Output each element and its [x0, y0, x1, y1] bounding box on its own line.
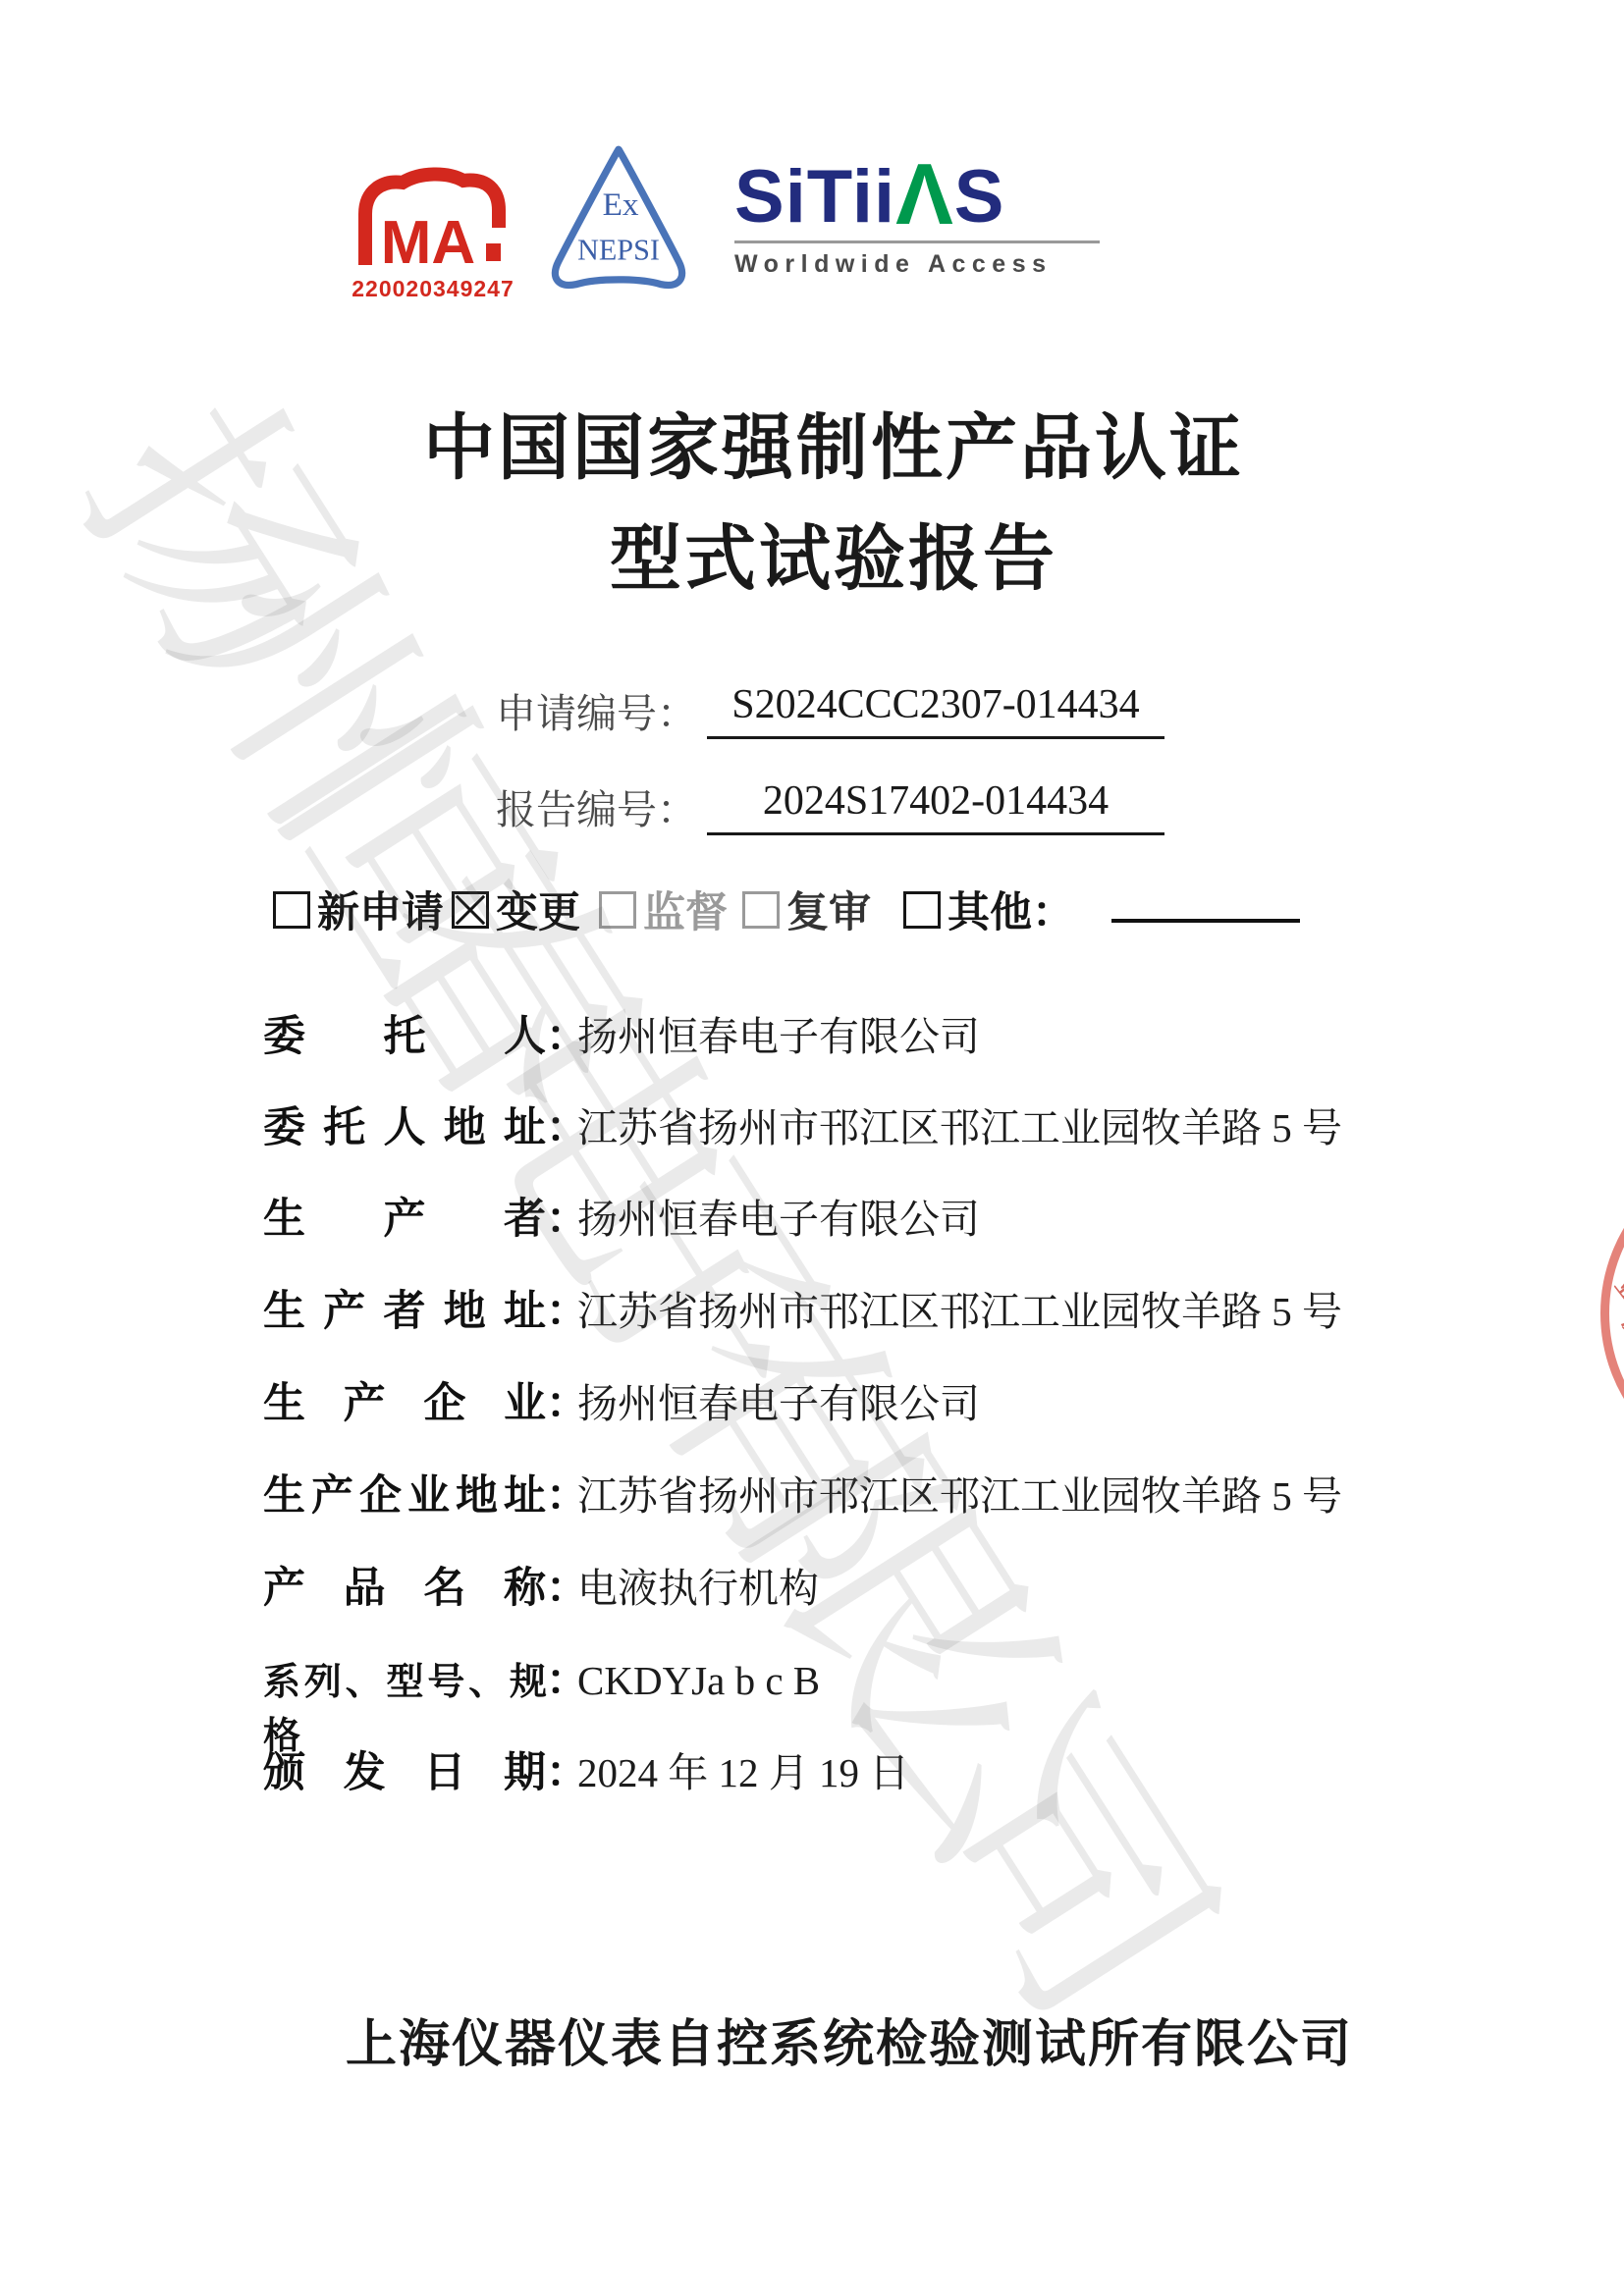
field-value-consignor-address: 江苏省扬州市邗江区邗江工业园牧羊路 5 号 [577, 1095, 1342, 1153]
sitiias-logo: SiTiiΛS Worldwide Access [734, 155, 1106, 279]
nepsi-logo: Ex NEPSI [542, 143, 695, 301]
field-value-producer: 扬州恒春电子有限公司 [577, 1187, 980, 1245]
report-number-label: 报告编号： [496, 777, 697, 835]
report-number-row: 报告编号： 2024S17402-014434 [496, 777, 1164, 835]
nepsi-ex-text: Ex [603, 187, 639, 223]
title-line-1: 中国国家强制性产品认证 [22, 393, 1624, 504]
nepsi-triangle-icon: Ex NEPSI [542, 143, 695, 296]
field-row-producer: 生产者： 扬州恒春电子有限公司 [263, 1186, 980, 1246]
application-number-value: S2024CCC2307-014434 [707, 681, 1164, 739]
field-value-manufacturer-address: 江苏省扬州市邗江区邗江工业园牧羊路 5 号 [577, 1464, 1342, 1522]
report-number-value: 2024S17402-014434 [707, 777, 1164, 835]
checkbox-item-new-application: 新申请 [273, 880, 444, 939]
field-row-manufacturer-address: 生产企业地址： 江苏省扬州市邗江区邗江工业园牧羊路 5 号 [263, 1463, 1342, 1522]
checkbox-item-other: 其他： [903, 880, 1074, 939]
field-row-consignor: 委托人： 扬州恒春电子有限公司 [263, 1003, 980, 1063]
sitiias-tagline: Worldwide Access [734, 250, 1106, 279]
sitiias-text-post: S [954, 155, 1005, 239]
checkbox-item-supervision: 监督 [599, 880, 728, 939]
checkbox-supervision [599, 891, 636, 929]
issuing-organization: 上海仪器仪表自控系统检验测试所有限公司 [37, 2002, 1624, 2076]
cma-mark-icon: MA [350, 167, 516, 269]
sitiias-wordmark: SiTiiΛS [734, 155, 1106, 237]
cma-number: 220020349247 [350, 276, 516, 302]
field-value-consignor: 扬州恒春电子有限公司 [577, 1004, 980, 1062]
other-blank-line [1111, 919, 1300, 923]
title-line-2: 型式试验报告 [22, 504, 1624, 614]
checkbox-other [903, 891, 941, 929]
sitiias-green-a: Λ [895, 145, 954, 242]
field-value-model-spec: CKDYJa b c B [577, 1657, 820, 1704]
svg-text:MA: MA [381, 209, 475, 269]
field-value-issue-date: 2024 年 12 月 19 日 [577, 1740, 909, 1798]
nepsi-name-text: NEPSI [577, 234, 660, 267]
field-row-issue-date: 颁发日期： 2024 年 12 月 19 日 [263, 1739, 909, 1799]
checkbox-review [742, 891, 780, 929]
application-number-row: 申请编号： S2024CCC2307-014434 [496, 681, 1164, 739]
sitiias-text-pre: SiTii [734, 155, 895, 239]
checkbox-new-application [273, 891, 310, 929]
field-value-product-name: 电液执行机构 [577, 1556, 819, 1614]
field-row-producer-address: 生产者地址： 江苏省扬州市邗江区邗江工业园牧羊路 5 号 [263, 1278, 1342, 1338]
certificate-page: 扬州恒春电子有限公司 MA 220020349247 Ex NEPSI SiTi… [0, 0, 1624, 2296]
application-type-row: 新申请 变更 监督 复审 其他： [0, 880, 1624, 938]
cma-logo: MA 220020349247 [350, 167, 516, 302]
field-value-manufacturer: 扬州恒春电子有限公司 [577, 1371, 980, 1429]
field-row-consignor-address: 委托人地址： 江苏省扬州市邗江区邗江工业园牧羊路 5 号 [263, 1095, 1342, 1154]
application-number-label: 申请编号： [496, 681, 697, 739]
field-row-product-name: 产品名称： 电液执行机构 [263, 1555, 819, 1615]
field-row-manufacturer: 生产企业： 扬州恒春电子有限公司 [263, 1370, 980, 1430]
seal-character-2: 仪 [1614, 1310, 1624, 1346]
checkbox-change [452, 891, 489, 929]
checkbox-item-change: 变更 [452, 880, 580, 939]
document-title: 中国国家强制性产品认证 型式试验报告 [0, 393, 1624, 614]
checkbox-item-review: 复审 [742, 880, 871, 939]
seal-character-1: 业 [1608, 1268, 1624, 1309]
red-seal: 业 仪 [1600, 1147, 1624, 1480]
field-value-producer-address: 江苏省扬州市邗江区邗江工业园牧羊路 5 号 [577, 1279, 1342, 1337]
